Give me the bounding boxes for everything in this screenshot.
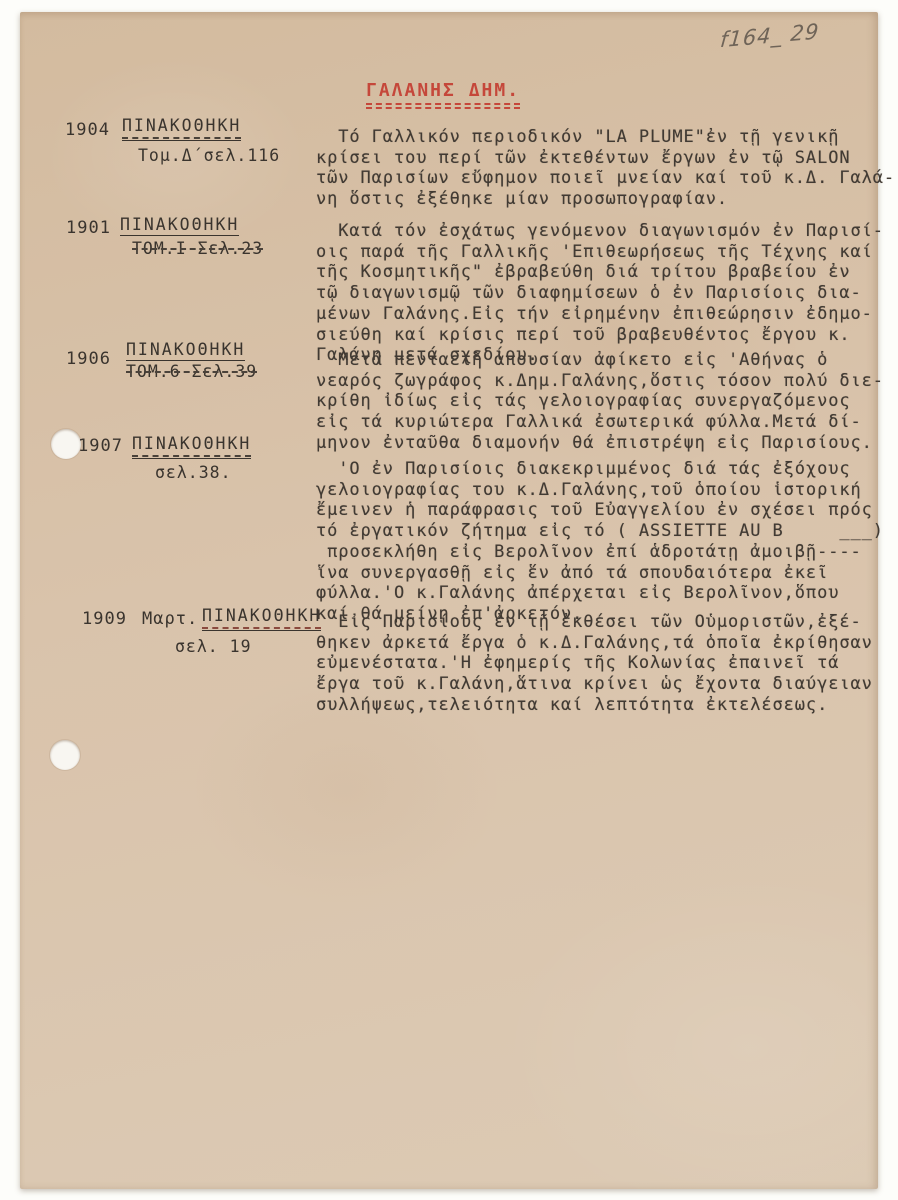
page-title: ΓΑΛΑΝΗΣ ΔΗΜ. bbox=[366, 80, 520, 109]
entry-ref: σελ. 19 bbox=[175, 637, 252, 656]
scanned-page: f164_ 29 ΓΑΛΑΝΗΣ ΔΗΜ. 1904 ΠΙΝΑΚΟΘΗΚΗ Το… bbox=[20, 12, 878, 1189]
entry-ref: σελ.38. bbox=[155, 463, 232, 482]
entry-ref: ΤΟΜ.6 Σελ.39 bbox=[126, 362, 257, 381]
entry-source: ΠΙΝΑΚΟΘΗΚΗ bbox=[122, 116, 241, 141]
handwritten-archive-number: f164_ 29 bbox=[719, 16, 861, 52]
entry-source: ΠΙΝΑΚΟΘΗΚΗ bbox=[126, 340, 245, 361]
entry-ref: ΤΟΜ.Ι Σελ.23 bbox=[132, 239, 263, 258]
entry-source: ΠΙΝΑΚΟΘΗΚΗ bbox=[202, 606, 321, 631]
entry-year: 1901 bbox=[66, 218, 111, 238]
entry-ref: Τομ.Δ΄σελ.116 bbox=[138, 146, 280, 165]
entry-month: Μαρτ. bbox=[142, 609, 198, 629]
entry-year: 1909 bbox=[82, 609, 127, 629]
entry-text: 'Ο ἐν Παρισίοις διακεκριμμένος διά τάς ἐ… bbox=[316, 459, 888, 625]
entry-year: 1904 bbox=[65, 120, 110, 140]
entry-source: ΠΙΝΑΚΟΘΗΚΗ bbox=[132, 434, 251, 459]
entry-text: Κατά τόν ἐσχάτως γενόμενον διαγωνισμόν ἐ… bbox=[316, 221, 888, 366]
hole-punch-top bbox=[51, 429, 81, 459]
hole-punch-bottom bbox=[50, 740, 80, 770]
entry-text: Εἰς Παρισίους ἐν τῇ ἐκθέσει τῶν Οὑμοριστ… bbox=[316, 612, 888, 716]
entry-source: ΠΙΝΑΚΟΘΗΚΗ bbox=[120, 215, 239, 236]
entry-text: Μετά πενταετῆ ἀπουσίαν ἀφίκετο εἰς 'Αθήν… bbox=[316, 350, 888, 454]
entry-year: 1906 bbox=[66, 349, 111, 369]
entry-text: Τό Γαλλικόν περιοδικόν "LA PLUME"ἐν τῇ γ… bbox=[316, 127, 888, 210]
entry-year: 1907 bbox=[78, 436, 123, 456]
